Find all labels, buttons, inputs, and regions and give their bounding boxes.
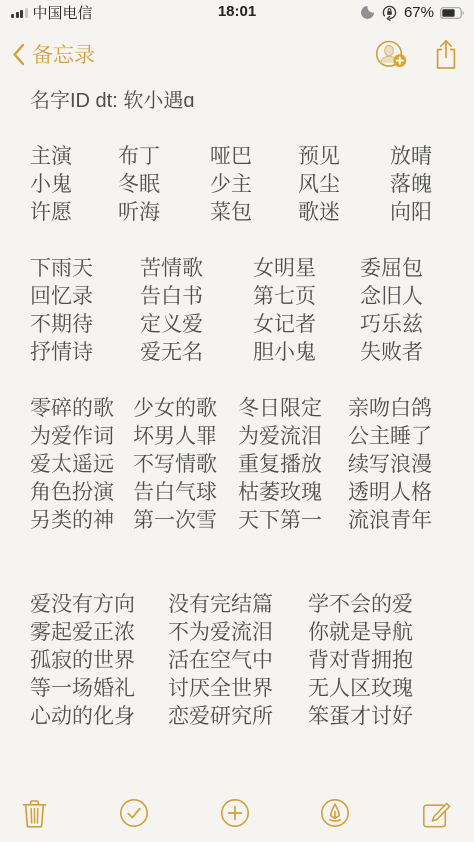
note-word: 风尘 (298, 171, 390, 199)
note-word: 落魄 (390, 171, 456, 199)
add-collaborator-button[interactable] (375, 40, 409, 69)
note-word: 恋爱研究所 (168, 703, 308, 731)
note-word: 下雨天 (30, 255, 140, 283)
note-word: 无人区玫瑰 (308, 675, 456, 703)
note-word: 许愿 (30, 199, 118, 227)
note-word: 角色扮演 (30, 479, 133, 507)
note-word: 回忆录 (30, 283, 140, 311)
note-word: 你就是导航 (308, 619, 456, 647)
note-word: 抒情诗 (30, 339, 140, 367)
note-word: 另类的神 (30, 507, 133, 535)
note-word: 不写情歌 (133, 451, 238, 479)
note-word: 向阳 (390, 199, 456, 227)
name-block-4char: 零碎的歌 少女的歌 冬日限定 亲吻白鸽 为爱作词 坏男人罪 为爱流泪 公主睡了 … (30, 395, 456, 535)
note-word: 第七页 (253, 283, 360, 311)
note-word: 菜包 (210, 199, 298, 227)
note-line: 抒情诗 爱无名 胆小鬼 失败者 (30, 339, 456, 367)
note-word: 为爱作词 (30, 423, 133, 451)
note-line: 爱没有方向 没有完结篇 学不会的爱 (30, 591, 456, 619)
note-word: 背对背拥抱 (308, 647, 456, 675)
note-word: 没有完结篇 (168, 591, 308, 619)
note-word: 布丁 (118, 143, 210, 171)
note-word: 公主睡了 (348, 423, 456, 451)
note-line: 心动的化身 恋爱研究所 笨蛋才讨好 (30, 703, 456, 731)
name-block-5char: 爱没有方向 没有完结篇 学不会的爱 雾起爱正浓 不为爱流泪 你就是导航 孤寂的世… (30, 591, 456, 731)
note-word: 女明星 (253, 255, 360, 283)
note-word: 不为爱流泪 (168, 619, 308, 647)
note-word: 冬日限定 (238, 395, 348, 423)
note-line: 不期待 定义爱 女记者 巧乐兹 (30, 311, 456, 339)
name-block-3char: 下雨天 苦情歌 女明星 委屈包 回忆录 告白书 第七页 念旧人 不期待 定义爱 … (30, 255, 456, 367)
note-word: 心动的化身 (30, 703, 168, 731)
note-word: 主演 (30, 143, 118, 171)
notes-app-screen: { "colors": { "accent": "#d1a13d", "badg… (0, 0, 474, 842)
note-word: 爱太遥远 (30, 451, 133, 479)
note-line: 零碎的歌 少女的歌 冬日限定 亲吻白鸽 (30, 395, 456, 423)
note-word: 巧乐兹 (360, 311, 456, 339)
note-line: 等一场婚礼 讨厌全世界 无人区玫瑰 (30, 675, 456, 703)
note-word: 坏男人罪 (133, 423, 238, 451)
navigation-bar: 备忘录 (0, 23, 474, 75)
note-word: 女记者 (253, 311, 360, 339)
note-line: 许愿 听海 菜包 歌迷 向阳 (30, 199, 456, 227)
note-word: 等一场婚礼 (30, 675, 168, 703)
note-word: 苦情歌 (140, 255, 253, 283)
note-word: 学不会的爱 (308, 591, 456, 619)
note-word: 歌迷 (298, 199, 390, 227)
note-word: 告白气球 (133, 479, 238, 507)
cellular-signal-icon (11, 7, 28, 18)
orientation-lock-icon (381, 4, 398, 21)
note-line: 主演 布丁 哑巴 预见 放晴 (30, 143, 456, 171)
note-line: 为爱作词 坏男人罪 为爱流泪 公主睡了 (30, 423, 456, 451)
back-label: 备忘录 (32, 39, 95, 69)
add-button[interactable] (220, 798, 250, 828)
markup-pen-button[interactable] (320, 798, 350, 828)
moon-dnd-icon (360, 5, 375, 20)
note-line: 回忆录 告白书 第七页 念旧人 (30, 283, 456, 311)
bottom-toolbar (0, 788, 474, 838)
note-word: 小鬼 (30, 171, 118, 199)
name-block-2char: 主演 布丁 哑巴 预见 放晴 小鬼 冬眠 少主 风尘 落魄 许愿 听海 菜包 歌… (30, 143, 456, 227)
back-button[interactable]: 备忘录 (12, 39, 95, 69)
note-word: 亲吻白鸽 (348, 395, 456, 423)
note-word: 枯萎玫瑰 (238, 479, 348, 507)
note-line: 下雨天 苦情歌 女明星 委屈包 (30, 255, 456, 283)
note-word: 重复播放 (238, 451, 348, 479)
note-word: 放晴 (390, 143, 456, 171)
battery-icon (440, 7, 465, 19)
note-line: 雾起爱正浓 不为爱流泪 你就是导航 (30, 619, 456, 647)
note-word: 失败者 (360, 339, 456, 367)
note-word: 告白书 (140, 283, 253, 311)
note-line: 爱太遥远 不写情歌 重复播放 续写浪漫 (30, 451, 456, 479)
note-word: 第一次雪 (133, 507, 238, 535)
note-line: 孤寂的世界 活在空气中 背对背拥抱 (30, 647, 456, 675)
note-word: 定义爱 (140, 311, 253, 339)
note-word: 委屈包 (360, 255, 456, 283)
note-word: 笨蛋才讨好 (308, 703, 456, 731)
note-word: 孤寂的世界 (30, 647, 168, 675)
note-word: 胆小鬼 (253, 339, 360, 367)
note-word: 透明人格 (348, 479, 456, 507)
note-word: 念旧人 (360, 283, 456, 311)
note-word: 零碎的歌 (30, 395, 133, 423)
status-bar: 中国电信 18:01 67% (0, 0, 474, 23)
share-button[interactable] (434, 38, 458, 70)
checklist-button[interactable] (119, 798, 149, 828)
compose-button[interactable] (421, 797, 453, 829)
note-word: 不期待 (30, 311, 140, 339)
note-word: 续写浪漫 (348, 451, 456, 479)
trash-button[interactable] (21, 798, 48, 829)
note-word: 少女的歌 (133, 395, 238, 423)
battery-percent-label: 67% (404, 4, 434, 21)
note-line: 小鬼 冬眠 少主 风尘 落魄 (30, 171, 456, 199)
chevron-left-icon (12, 43, 25, 66)
note-title: 名字ID dt: 软小遇ɑ (30, 87, 456, 115)
note-word: 流浪青年 (348, 507, 456, 535)
carrier-label: 中国电信 (33, 2, 93, 23)
note-word: 爱没有方向 (30, 591, 168, 619)
note-word: 少主 (210, 171, 298, 199)
note-word: 雾起爱正浓 (30, 619, 168, 647)
note-word: 天下第一 (238, 507, 348, 535)
note-word: 爱无名 (140, 339, 253, 367)
note-word: 讨厌全世界 (168, 675, 308, 703)
note-line: 另类的神 第一次雪 天下第一 流浪青年 (30, 507, 456, 535)
note-word: 为爱流泪 (238, 423, 348, 451)
note-word: 听海 (118, 199, 210, 227)
note-content[interactable]: 名字ID dt: 软小遇ɑ 主演 布丁 哑巴 预见 放晴 小鬼 冬眠 少主 风尘… (0, 75, 474, 731)
note-line: 角色扮演 告白气球 枯萎玫瑰 透明人格 (30, 479, 456, 507)
note-word: 预见 (298, 143, 390, 171)
note-word: 哑巴 (210, 143, 298, 171)
note-word: 活在空气中 (168, 647, 308, 675)
note-word: 冬眠 (118, 171, 210, 199)
